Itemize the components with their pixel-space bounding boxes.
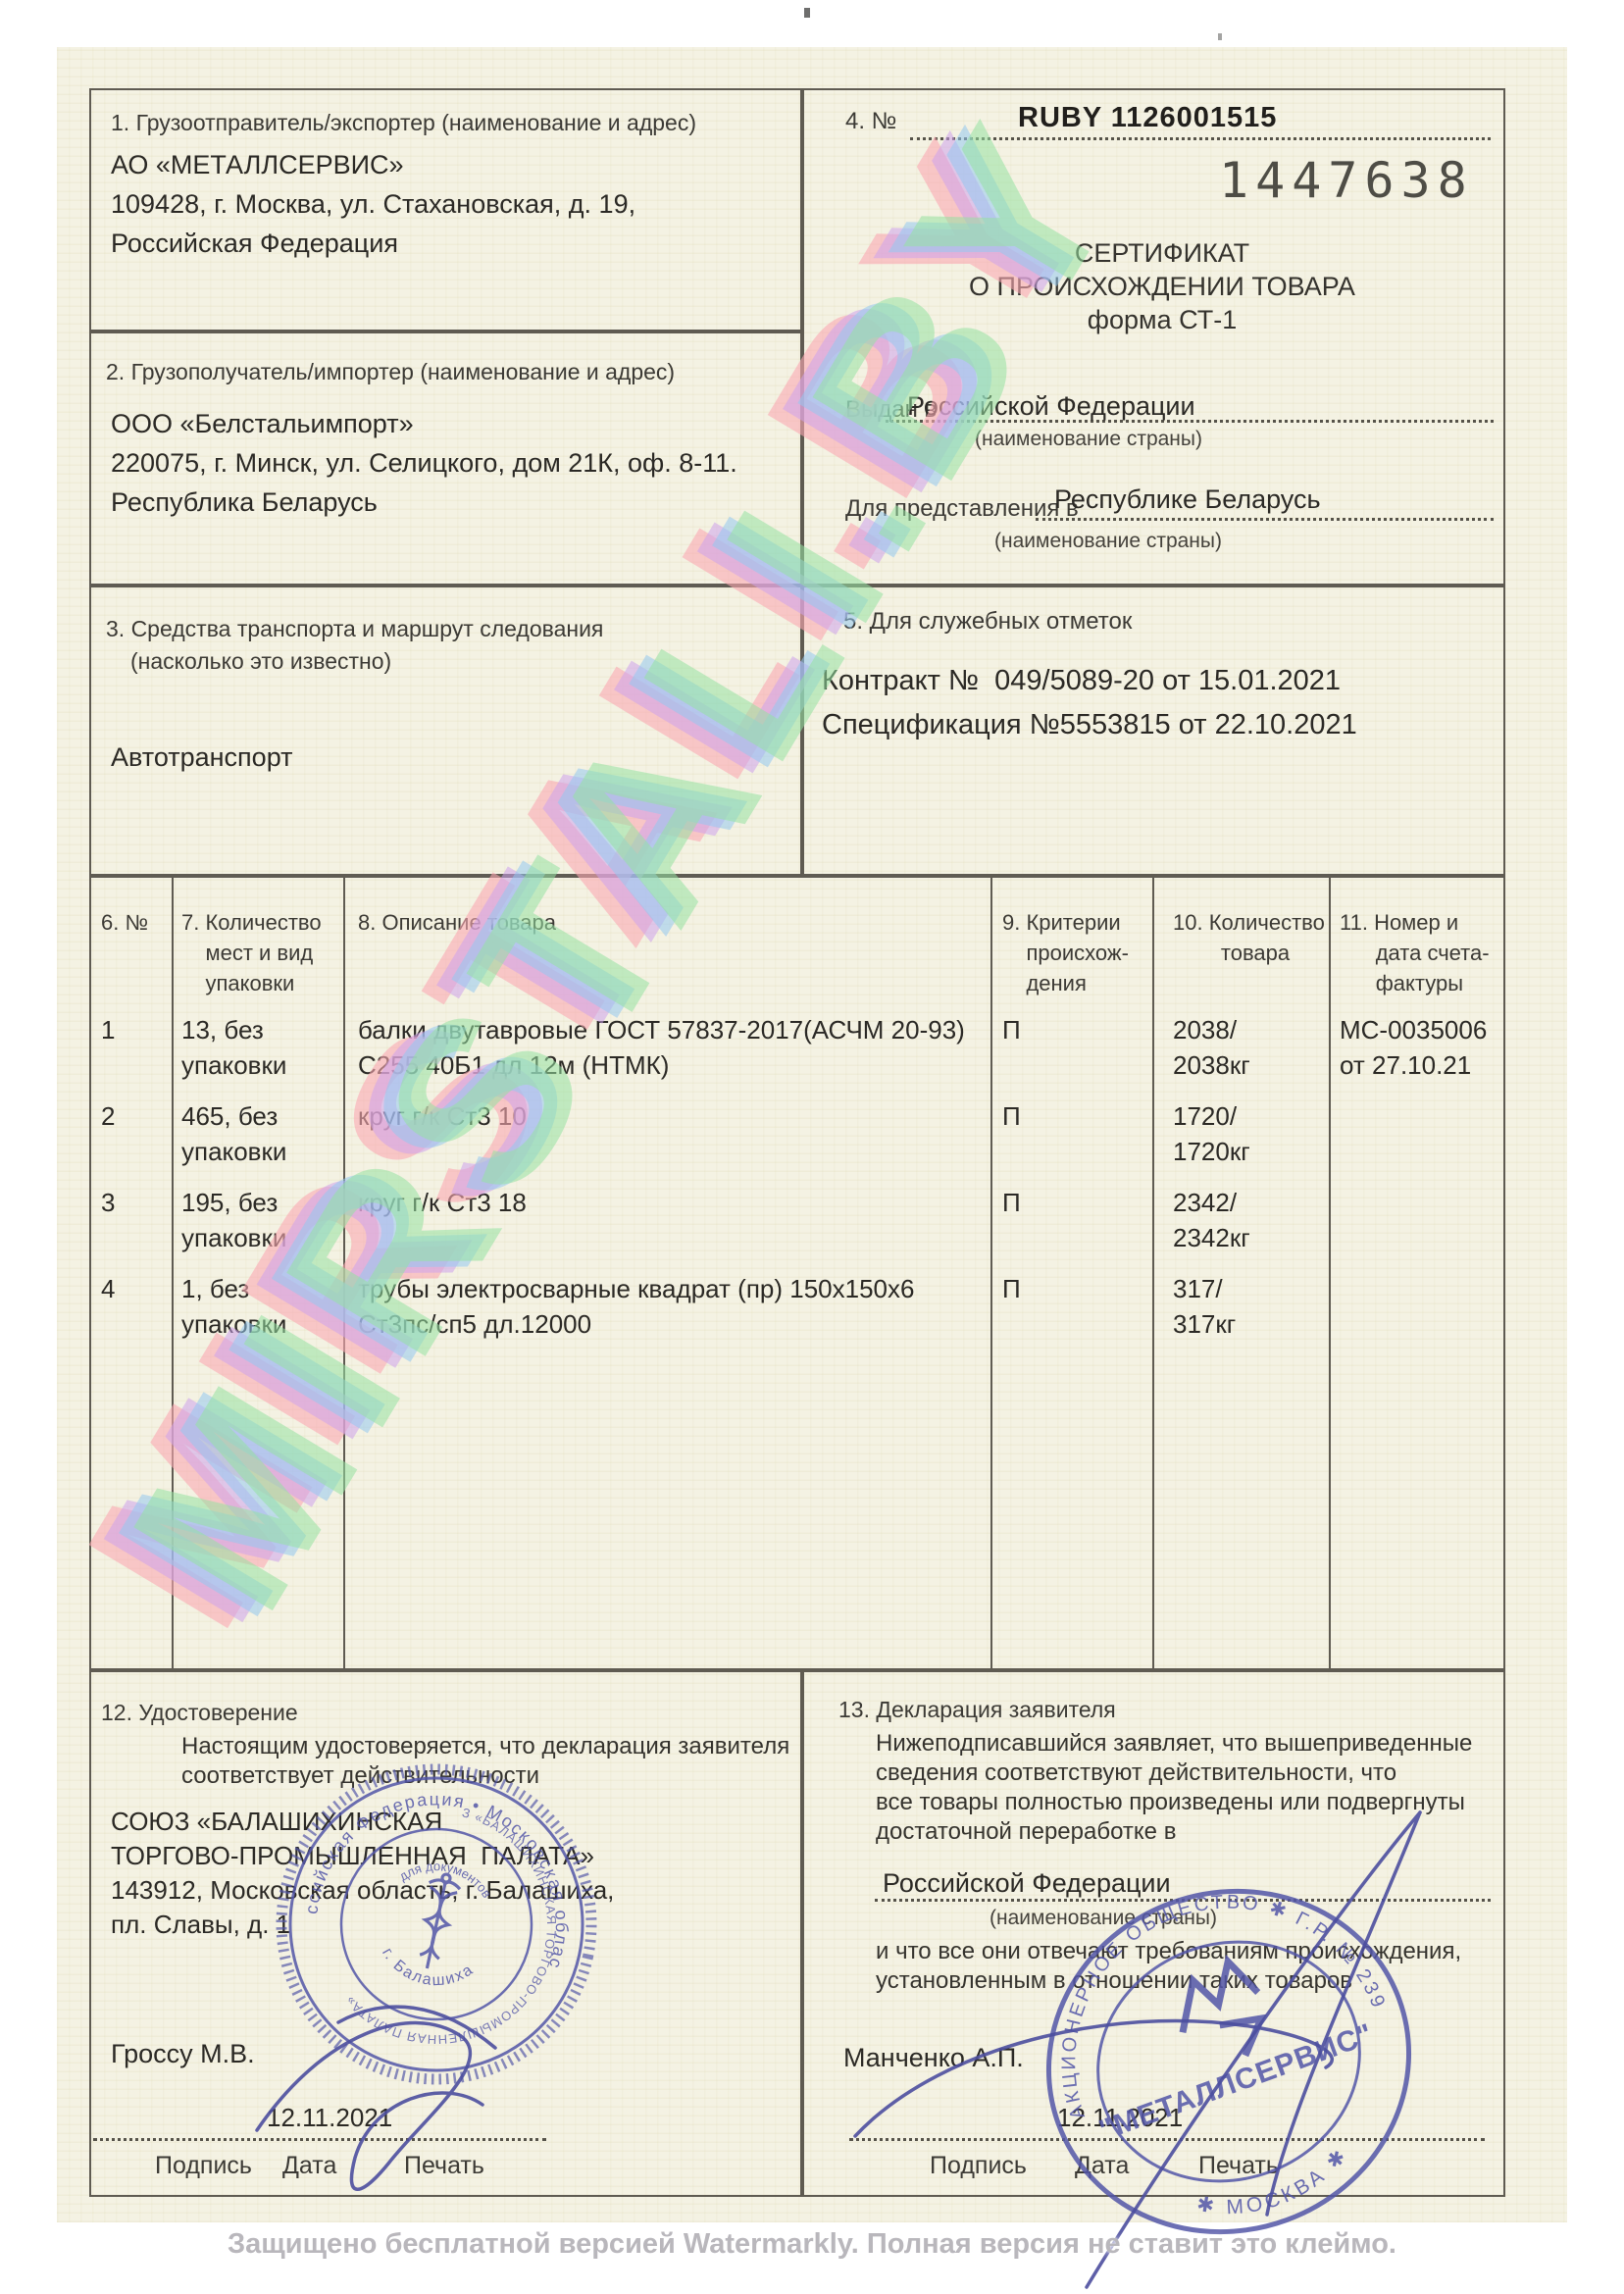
grossu-signature (257, 2007, 495, 2189)
manchenko-signature (855, 1812, 1420, 2287)
certificate-page: 1. Грузоотправитель/экспортер (наименова… (0, 0, 1624, 2294)
watermarkly-caption: Защищено бесплатной версией Watermarkly.… (0, 2228, 1624, 2261)
signatures-layer (0, 0, 1624, 2294)
